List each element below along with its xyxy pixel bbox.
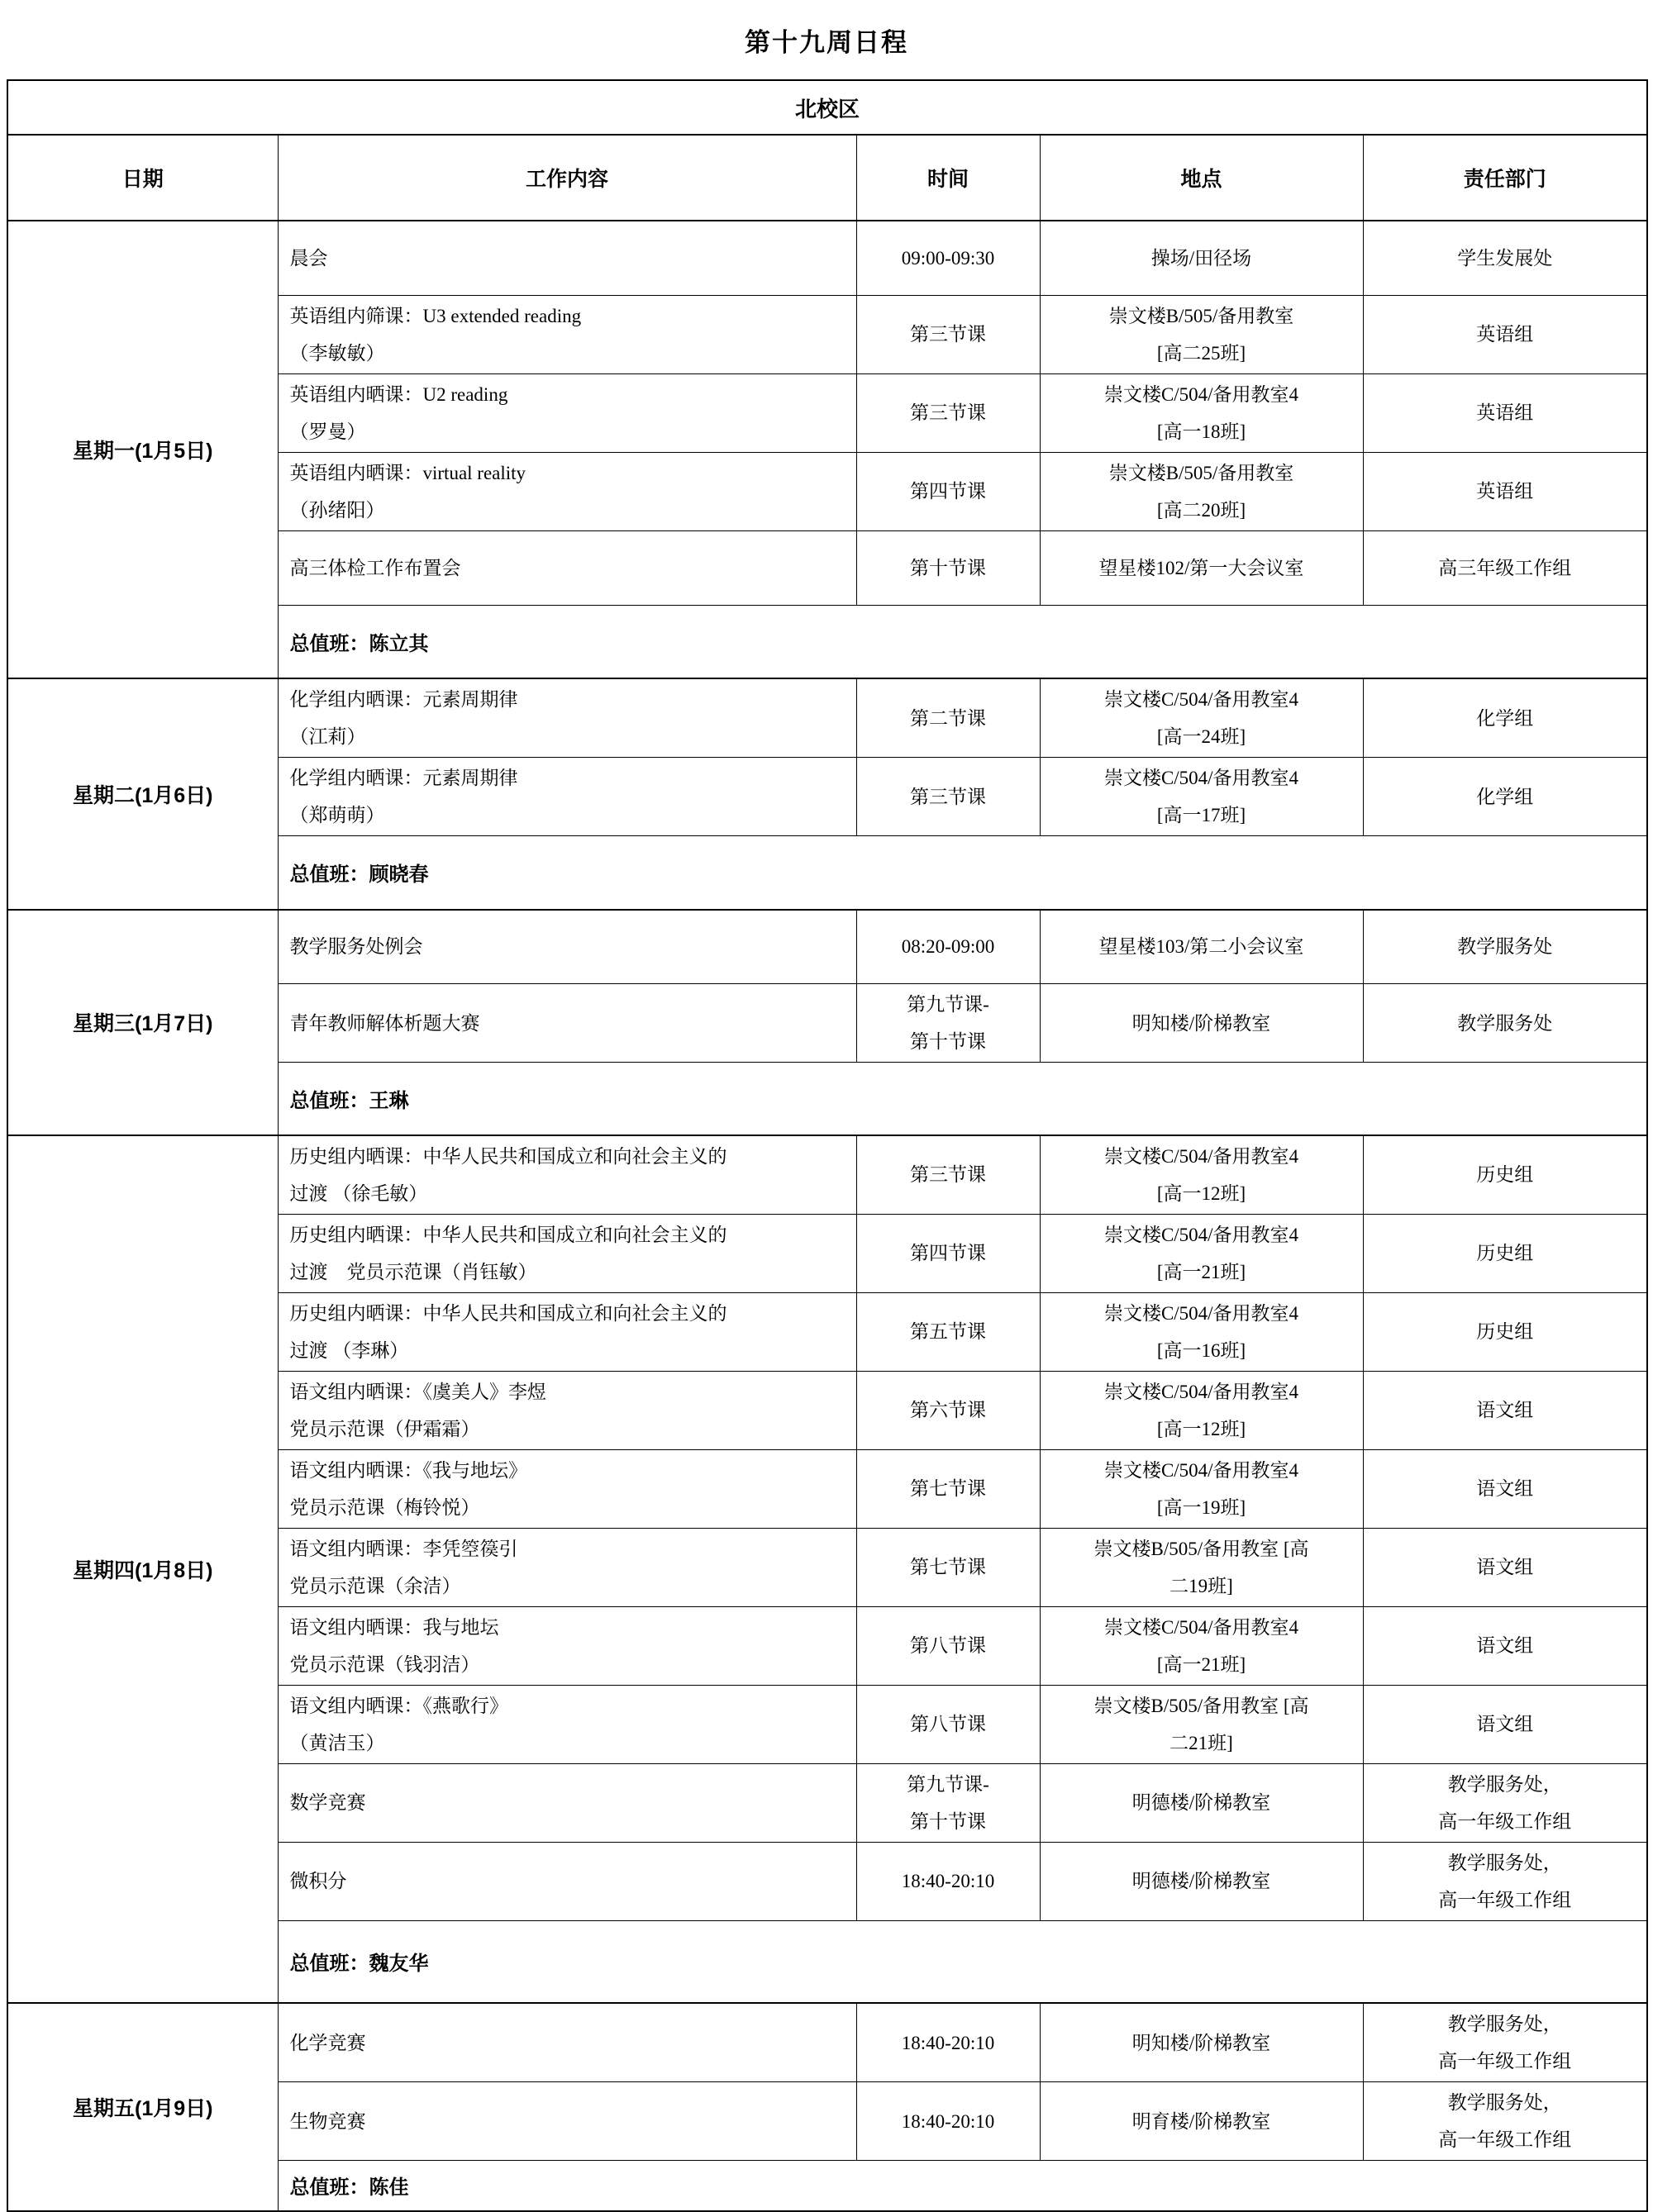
event-department-cell: 历史组 [1363,1292,1647,1371]
column-header-time: 时间 [856,135,1040,221]
event-content-cell: 青年教师解体析题大赛 [278,984,856,1063]
duty-cell: 总值班：顾晓春 [278,836,1647,910]
event-location-cell: 操场/田径场 [1040,221,1363,295]
schedule-head: 北校区 日期 工作内容 时间 地点 责任部门 [7,80,1647,221]
event-time-cell: 第十节课 [856,530,1040,605]
event-department-cell: 英语组 [1363,295,1647,373]
event-time-cell: 第三节课 [856,758,1040,836]
schedule-table: 北校区 日期 工作内容 时间 地点 责任部门 星期一(1月5日)晨会09:00-… [7,79,1648,2212]
duty-cell: 总值班：魏友华 [278,1920,1647,2003]
event-location-cell: 崇文楼C/504/备用教室4 [高一24班] [1040,678,1363,758]
event-time-cell: 第三节课 [856,373,1040,452]
event-time-cell: 18:40-20:10 [856,2082,1040,2161]
event-department-cell: 英语组 [1363,373,1647,452]
event-location-cell: 崇文楼B/505/备用教室 [高二20班] [1040,452,1363,530]
event-content-cell: 历史组内晒课：中华人民共和国成立和向社会主义的 过渡 党员示范课（肖钰敏） [278,1214,856,1292]
schedule-body: 星期一(1月5日)晨会09:00-09:30操场/田径场学生发展处英语组内筛课：… [7,221,1647,2211]
column-header-row: 日期 工作内容 时间 地点 责任部门 [7,135,1647,221]
event-time-cell: 第三节课 [856,295,1040,373]
event-content-cell: 生物竞赛 [278,2082,856,2161]
column-header-location: 地点 [1040,135,1363,221]
event-content-cell: 历史组内晒课：中华人民共和国成立和向社会主义的 过渡 （李琳） [278,1292,856,1371]
event-content-cell: 数学竞赛 [278,1763,856,1842]
event-location-cell: 明育楼/阶梯教室 [1040,2082,1363,2161]
event-content-cell: 语文组内晒课：我与地坛 党员示范课（钱羽洁） [278,1606,856,1685]
event-time-cell: 08:20-09:00 [856,910,1040,984]
event-content-cell: 化学组内晒课：元素周期律 （郑萌萌） [278,758,856,836]
page-title: 第十九周日程 [745,21,908,59]
event-location-cell: 望星楼103/第二小会议室 [1040,910,1363,984]
duty-cell: 总值班：陈立其 [278,605,1647,678]
event-department-cell: 语文组 [1363,1449,1647,1528]
event-location-cell: 明知楼/阶梯教室 [1040,2003,1363,2082]
event-content-cell: 语文组内晒课：《燕歌行》 （黄洁玉） [278,1685,856,1763]
event-content-cell: 教学服务处例会 [278,910,856,984]
event-department-cell: 教学服务处， 高一年级工作组 [1363,2082,1647,2161]
event-content-cell: 英语组内筛课：U3 extended reading （李敏敏） [278,295,856,373]
event-time-cell: 第三节课 [856,1135,1040,1215]
event-location-cell: 崇文楼B/505/备用教室 [高 二19班] [1040,1528,1363,1606]
event-time-cell: 第四节课 [856,1214,1040,1292]
event-time-cell: 第九节课- 第十节课 [856,1763,1040,1842]
date-cell: 星期二(1月6日) [7,678,278,910]
event-content-cell: 晨会 [278,221,856,295]
event-time-cell: 18:40-20:10 [856,1842,1040,1920]
column-header-date: 日期 [7,135,278,221]
event-content-cell: 化学组内晒课：元素周期律 （江莉） [278,678,856,758]
event-location-cell: 崇文楼B/505/备用教室 [高二25班] [1040,295,1363,373]
event-time-cell: 第二节课 [856,678,1040,758]
event-department-cell: 教学服务处， 高一年级工作组 [1363,1842,1647,1920]
date-cell: 星期五(1月9日) [7,2003,278,2211]
event-location-cell: 崇文楼C/504/备用教室4 [高一16班] [1040,1292,1363,1371]
event-time-cell: 09:00-09:30 [856,221,1040,295]
column-header-department: 责任部门 [1363,135,1647,221]
event-time-cell: 18:40-20:10 [856,2003,1040,2082]
schedule-page: 第十九周日程 北校区 日期 工作内容 时间 地点 责任部门 星期一(1月5日)晨… [0,0,1653,2212]
event-department-cell: 化学组 [1363,678,1647,758]
event-location-cell: 崇文楼C/504/备用教室4 [高一17班] [1040,758,1363,836]
event-department-cell: 历史组 [1363,1214,1647,1292]
event-time-cell: 第七节课 [856,1528,1040,1606]
campus-header: 北校区 [7,80,1647,135]
event-location-cell: 崇文楼C/504/备用教室4 [高一18班] [1040,373,1363,452]
event-content-cell: 历史组内晒课：中华人民共和国成立和向社会主义的 过渡 （徐毛敏） [278,1135,856,1215]
table-row: 星期四(1月8日)历史组内晒课：中华人民共和国成立和向社会主义的 过渡 （徐毛敏… [7,1135,1647,1215]
event-location-cell: 崇文楼C/504/备用教室4 [高一21班] [1040,1606,1363,1685]
event-time-cell: 第七节课 [856,1449,1040,1528]
event-department-cell: 学生发展处 [1363,221,1647,295]
date-cell: 星期四(1月8日) [7,1135,278,2004]
table-row: 星期五(1月9日)化学竞赛18:40-20:10明知楼/阶梯教室教学服务处， 高… [7,2003,1647,2082]
event-time-cell: 第八节课 [856,1606,1040,1685]
event-time-cell: 第六节课 [856,1371,1040,1449]
date-cell: 星期一(1月5日) [7,221,278,678]
event-department-cell: 语文组 [1363,1371,1647,1449]
table-row: 星期三(1月7日)教学服务处例会08:20-09:00望星楼103/第二小会议室… [7,910,1647,984]
duty-cell: 总值班：王琳 [278,1063,1647,1135]
event-content-cell: 英语组内晒课：virtual reality （孙绪阳） [278,452,856,530]
date-cell: 星期三(1月7日) [7,910,278,1135]
duty-cell: 总值班：陈佳 [278,2161,1647,2211]
event-time-cell: 第八节课 [856,1685,1040,1763]
event-content-cell: 语文组内晒课：《虞美人》李煜 党员示范课（伊霜霜） [278,1371,856,1449]
event-content-cell: 微积分 [278,1842,856,1920]
event-department-cell: 高三年级工作组 [1363,530,1647,605]
event-location-cell: 崇文楼C/504/备用教室4 [高一19班] [1040,1449,1363,1528]
event-location-cell: 崇文楼C/504/备用教室4 [高一12班] [1040,1135,1363,1215]
event-location-cell: 望星楼102/第一大会议室 [1040,530,1363,605]
event-department-cell: 教学服务处 [1363,984,1647,1063]
event-location-cell: 明德楼/阶梯教室 [1040,1763,1363,1842]
event-content-cell: 语文组内晒课：李凭箜篌引 党员示范课（余洁） [278,1528,856,1606]
event-location-cell: 崇文楼C/504/备用教室4 [高一21班] [1040,1214,1363,1292]
event-department-cell: 教学服务处， 高一年级工作组 [1363,1763,1647,1842]
event-location-cell: 明知楼/阶梯教室 [1040,984,1363,1063]
event-location-cell: 明德楼/阶梯教室 [1040,1842,1363,1920]
event-time-cell: 第四节课 [856,452,1040,530]
event-content-cell: 英语组内晒课：U2 reading （罗曼） [278,373,856,452]
event-department-cell: 语文组 [1363,1528,1647,1606]
event-content-cell: 化学竞赛 [278,2003,856,2082]
event-department-cell: 语文组 [1363,1685,1647,1763]
event-content-cell: 语文组内晒课：《我与地坛》 党员示范课（梅铃悦） [278,1449,856,1528]
column-header-content: 工作内容 [278,135,856,221]
event-time-cell: 第九节课- 第十节课 [856,984,1040,1063]
table-row: 星期一(1月5日)晨会09:00-09:30操场/田径场学生发展处 [7,221,1647,295]
event-location-cell: 崇文楼B/505/备用教室 [高 二21班] [1040,1685,1363,1763]
event-department-cell: 英语组 [1363,452,1647,530]
event-department-cell: 历史组 [1363,1135,1647,1215]
title-bar: 第十九周日程 [0,0,1653,79]
event-department-cell: 语文组 [1363,1606,1647,1685]
event-content-cell: 高三体检工作布置会 [278,530,856,605]
event-department-cell: 化学组 [1363,758,1647,836]
table-row: 星期二(1月6日)化学组内晒课：元素周期律 （江莉）第二节课崇文楼C/504/备… [7,678,1647,758]
campus-row: 北校区 [7,80,1647,135]
event-time-cell: 第五节课 [856,1292,1040,1371]
event-location-cell: 崇文楼C/504/备用教室4 [高一12班] [1040,1371,1363,1449]
event-department-cell: 教学服务处 [1363,910,1647,984]
event-department-cell: 教学服务处， 高一年级工作组 [1363,2003,1647,2082]
